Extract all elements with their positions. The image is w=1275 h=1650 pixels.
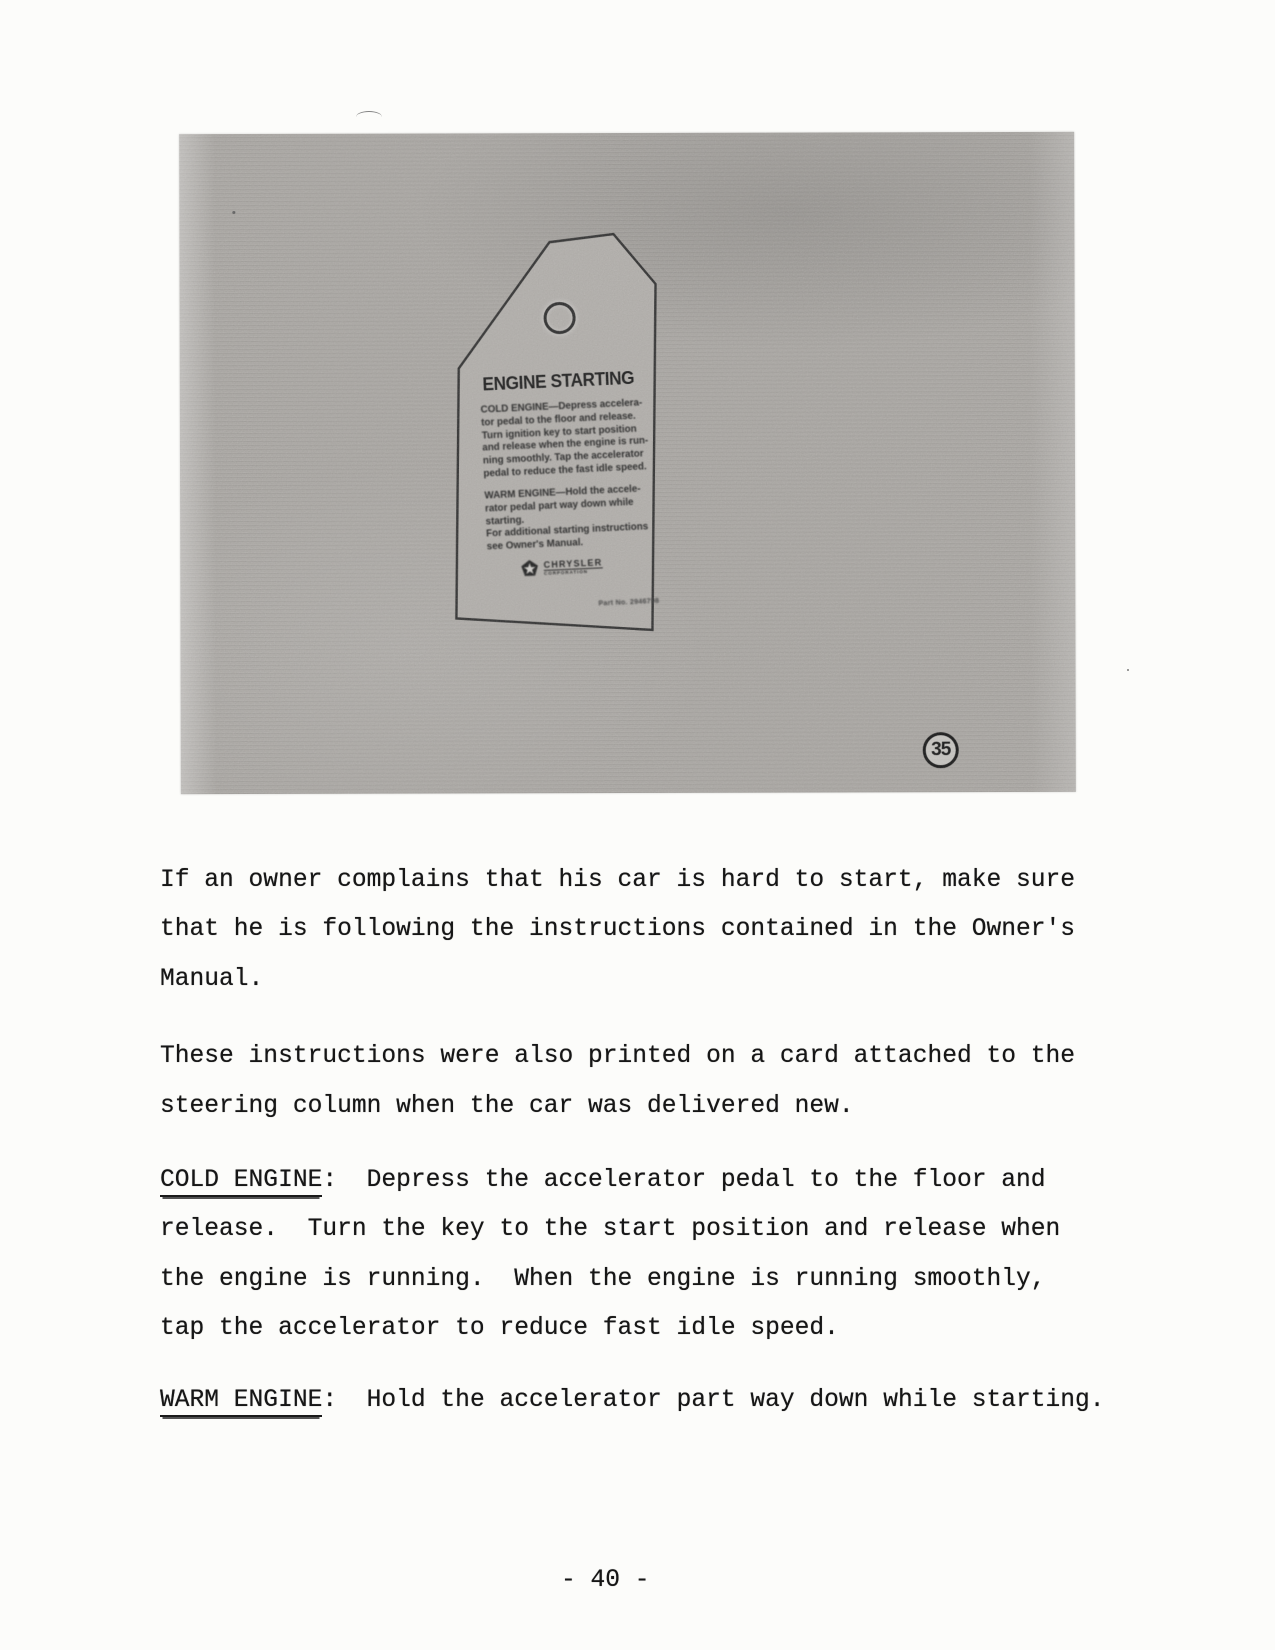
paragraph-card-attached: These instructions were also printed on …: [160, 1032, 1150, 1131]
figure-number: 35: [931, 739, 950, 761]
tag-content: ENGINE STARTING COLD ENGINE—Depress acce…: [448, 224, 671, 637]
brand-text: CHRYSLER CORPORATION: [543, 557, 602, 576]
text-line: tap the accelerator to reduce fast idle …: [160, 1304, 1150, 1353]
document-page: ENGINE STARTING COLD ENGINE—Depress acce…: [0, 0, 1275, 1650]
warm-engine-heading: WARM ENGINE: [160, 1387, 322, 1417]
page-number: - 40 -: [561, 1556, 650, 1605]
text-line: Manual.: [160, 955, 1150, 1004]
text-segment: : Depress the accelerator pedal to the f…: [322, 1167, 1045, 1194]
tag-warm-instructions: WARM ENGINE—Hold the accele- rator pedal…: [484, 483, 655, 554]
figure-number-badge: 35: [923, 732, 959, 768]
hang-tag: ENGINE STARTING COLD ENGINE—Depress acce…: [454, 228, 660, 633]
paragraph-cold-engine: COLD ENGINE: Depress the accelerator ped…: [160, 1156, 1150, 1354]
tag-hole-icon: [543, 301, 576, 334]
stray-mark: [356, 111, 382, 123]
tag-part-number: Part No. 2946798: [598, 598, 659, 608]
text-line: steering column when the car was deliver…: [160, 1082, 1150, 1131]
paper-speck: [1127, 669, 1129, 671]
text-line: These instructions were also printed on …: [160, 1032, 1150, 1081]
paragraph-warm-engine: WARM ENGINE: Hold the accelerator part w…: [160, 1376, 1150, 1425]
text-line: that he is following the instructions co…: [160, 905, 1150, 954]
tag-cold-instructions: COLD ENGINE—Depress accelera- tor pedal …: [480, 397, 651, 481]
engine-starting-tag-photo: ENGINE STARTING COLD ENGINE—Depress acce…: [179, 132, 1076, 794]
tag-title: ENGINE STARTING: [482, 367, 632, 396]
text-line: WARM ENGINE: Hold the accelerator part w…: [160, 1376, 1150, 1425]
text-line: COLD ENGINE: Depress the accelerator ped…: [160, 1156, 1150, 1205]
pentastar-icon: [520, 559, 539, 578]
text-line: release. Turn the key to the start posit…: [160, 1205, 1150, 1254]
paragraph-owner-complains: If an owner complains that his car is ha…: [160, 856, 1150, 1004]
text-segment: : Hold the accelerator part way down whi…: [322, 1387, 1104, 1414]
text-line: If an owner complains that his car is ha…: [160, 856, 1150, 905]
tag-brand: CHRYSLER CORPORATION: [520, 556, 603, 578]
photo-speck: [232, 211, 235, 214]
text-line: the engine is running. When the engine i…: [160, 1255, 1150, 1304]
body-text: If an owner complains that his car is ha…: [160, 856, 1150, 1425]
cold-engine-heading: COLD ENGINE: [160, 1167, 322, 1197]
